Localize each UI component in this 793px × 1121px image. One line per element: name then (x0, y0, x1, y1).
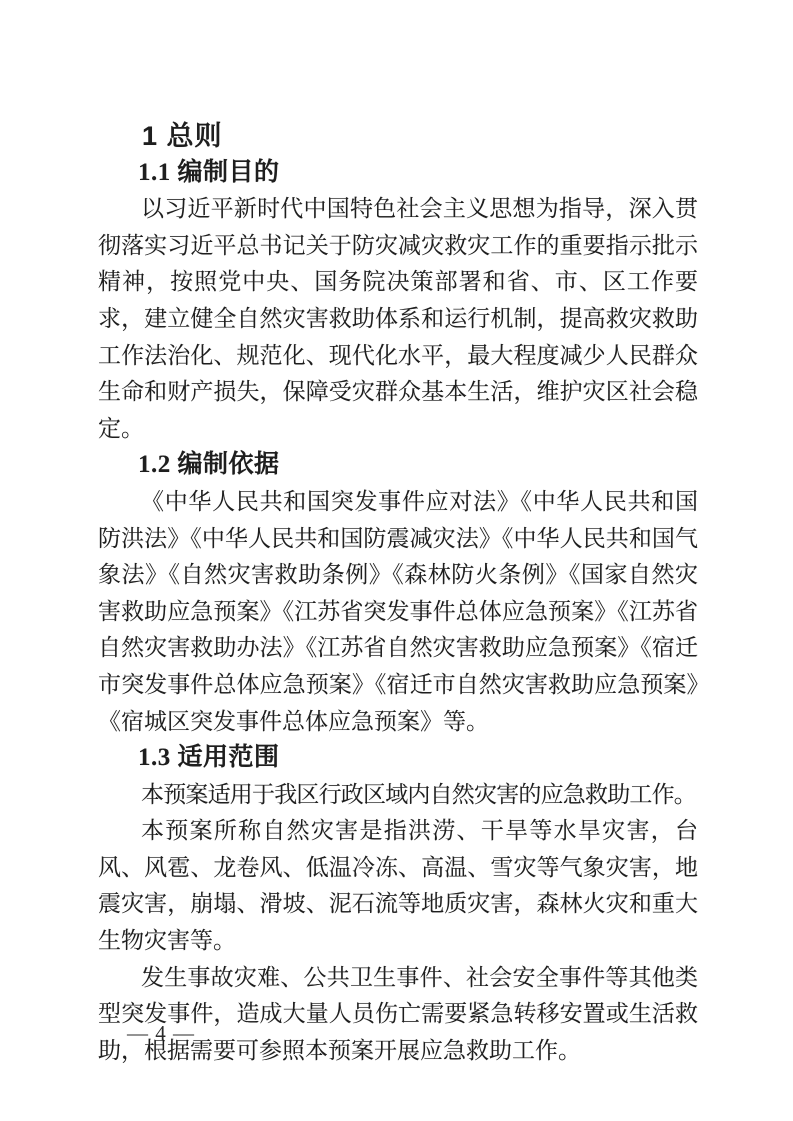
paragraph-scope-disaster-types: 本预案所称自然灾害是指洪涝、干旱等水旱灾害，台风、风雹、龙卷风、低温冷冻、高温、… (98, 813, 698, 959)
document-page: 1 总则 1.1 编制目的 以习近平新时代中国特色社会主义思想为指导，深入贯彻落… (0, 0, 793, 1121)
page-number: — 4 — (127, 1021, 195, 1045)
paragraph-basis: 《中华人民共和国突发事件应对法》《中华人民共和国防洪法》《中华人民共和国防震减灾… (98, 484, 698, 740)
section-heading-1-3: 1.3 适用范围 (98, 740, 698, 777)
section-heading-1-1: 1.1 编制目的 (98, 155, 698, 192)
paragraph-scope-other-incidents: 发生事故灾难、公共卫生事件、社会安全事件等其他类型突发事件，造成大量人员伤亡需要… (98, 960, 698, 1070)
paragraph-purpose: 以习近平新时代中国特色社会主义思想为指导，深入贯彻落实习近平总书记关于防灾减灾救… (98, 191, 698, 447)
document-content: 1 总则 1.1 编制目的 以习近平新时代中国特色社会主义思想为指导，深入贯彻落… (98, 118, 698, 1069)
chapter-heading: 1 总则 (98, 118, 698, 155)
paragraph-scope-applicability: 本预案适用于我区行政区域内自然灾害的应急救助工作。 (98, 777, 698, 814)
section-heading-1-2: 1.2 编制依据 (98, 447, 698, 484)
